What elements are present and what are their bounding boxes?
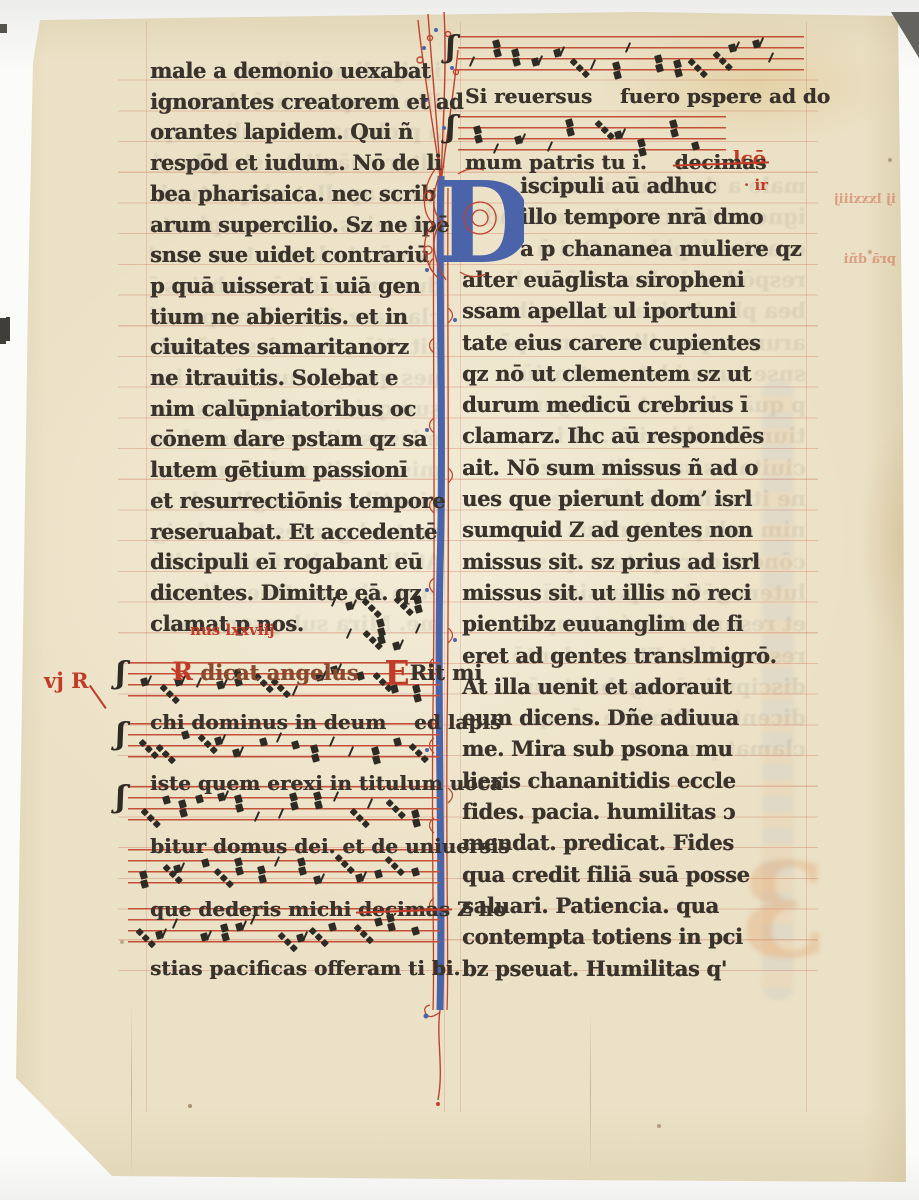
chant-lyric: mum patris tu i. decimas <box>465 150 766 174</box>
neume <box>377 635 386 645</box>
neume <box>139 739 147 747</box>
text-line: fides. pacia. humilitas ɔ <box>462 799 735 824</box>
neume <box>694 64 702 72</box>
neume <box>520 133 526 144</box>
custos-mark: ʃ <box>116 780 126 815</box>
neume <box>259 737 268 747</box>
neume <box>365 936 373 944</box>
neume <box>411 810 420 820</box>
neume <box>374 610 382 618</box>
neume <box>493 48 502 58</box>
neume <box>411 867 420 877</box>
neume <box>234 794 243 804</box>
music-staff: ʃ <box>458 36 804 78</box>
neume <box>284 938 292 946</box>
text-line: discipuli eī rogabant eū <box>150 549 422 574</box>
neume <box>168 756 176 764</box>
neume <box>415 749 423 757</box>
neume <box>413 595 422 605</box>
lyric-text: iste quem erexi in titulum uoca <box>150 771 503 795</box>
scanned-manuscript-page: 3 iscipuli aū adhucillo tempore nrā dmoa… <box>0 0 919 1200</box>
neume <box>142 934 150 942</box>
neume <box>713 51 721 59</box>
neume <box>235 803 244 813</box>
neume <box>492 39 501 49</box>
neume <box>768 53 774 64</box>
chant-incipit: Rit mi <box>410 660 483 685</box>
neume <box>315 933 323 941</box>
initial-letter: D <box>436 162 524 284</box>
neume <box>415 623 421 634</box>
neume <box>582 70 590 78</box>
neume <box>220 874 228 882</box>
neume <box>688 58 696 66</box>
neume <box>397 868 405 876</box>
showthrough-line: prā dñi <box>834 250 896 270</box>
neume <box>362 598 370 606</box>
lyric-text: Z ho <box>450 897 506 921</box>
chant-lyric: stias pacificas offeram ti bi. <box>150 956 460 980</box>
neume <box>210 746 218 754</box>
text-line: durum medicū crebrius ī <box>462 392 748 417</box>
neume <box>278 932 286 940</box>
text-line: ues que pierunt dom’ isrl <box>462 486 752 511</box>
neume <box>391 862 399 870</box>
neume <box>179 863 185 874</box>
neume <box>347 746 353 757</box>
neume <box>141 808 149 816</box>
neume <box>198 734 206 742</box>
neume <box>235 866 244 876</box>
neume <box>290 801 299 811</box>
text-line: snse sue uidet contrariū <box>150 242 429 267</box>
custos-mark: ʃ <box>446 110 456 145</box>
neume <box>570 58 578 66</box>
neume <box>330 596 336 607</box>
neume <box>670 129 679 139</box>
neume <box>473 125 482 135</box>
neume <box>221 932 230 942</box>
text-line: ignorantes creatorem et ad <box>150 89 463 114</box>
text-line: bea pharisaica. nec scrib <box>150 181 436 206</box>
neume <box>655 63 664 73</box>
chant-lyric: que dederis michi decimas Z ho <box>150 897 506 921</box>
neume <box>566 128 575 138</box>
parchment-crease <box>590 1010 591 1175</box>
neume <box>206 930 212 941</box>
neume <box>328 922 337 932</box>
neume <box>411 926 420 936</box>
text-line: tate eius carere cupientes <box>462 330 760 355</box>
neume <box>291 740 300 750</box>
illuminated-initial-d: D <box>418 162 524 284</box>
lyric-text: bitur domus dei. et de uniuersis <box>150 834 510 858</box>
neume <box>162 750 170 758</box>
scanner-edge-mark <box>0 24 7 33</box>
text-line: ssam apellat ul iportuni <box>462 298 736 323</box>
text-line: bz pseuat. Humilitas q' <box>462 956 727 981</box>
text-line: pientibz euuanglim de fi <box>462 611 743 636</box>
text-line: lieris chananitidis eccle <box>462 768 736 793</box>
neume <box>398 811 406 819</box>
text-line: qz nō ut clementem sz ut <box>462 361 751 386</box>
neume <box>700 70 708 78</box>
neume <box>145 745 153 753</box>
neume <box>369 636 377 644</box>
neume <box>201 858 210 868</box>
showthrough-line: ij lxxxiiij <box>834 190 896 210</box>
custos-mark: ʃ <box>446 30 456 65</box>
neume <box>136 928 144 936</box>
chant-lyric: Si reuersus fuero pspere ad do <box>465 84 830 108</box>
text-line: missus sit. ut illis nō reci <box>462 580 751 605</box>
neume <box>175 876 183 884</box>
neume <box>356 814 364 822</box>
rubric-interlinear: nus lxxviij <box>190 621 275 639</box>
neume <box>406 608 414 616</box>
scanner-corner-shadow <box>891 12 919 58</box>
neume <box>386 799 394 807</box>
neume <box>314 800 323 810</box>
neume <box>359 930 367 938</box>
lyric-text: Si reuersus fuero pspere ad do <box>465 84 830 108</box>
text-line: et resurrectiōnis tempore <box>150 488 445 513</box>
neume <box>719 57 727 65</box>
neume <box>341 860 349 868</box>
neume <box>595 120 603 128</box>
neume <box>725 63 733 71</box>
neume <box>350 808 358 816</box>
neume <box>400 602 408 610</box>
chant-lyric: bitur domus dei. et de uniuersis <box>150 834 510 858</box>
text-line: reseruabat. Et accedentē <box>150 519 437 544</box>
neume <box>393 738 402 748</box>
neume <box>363 630 371 638</box>
neume <box>625 42 631 53</box>
neume <box>362 820 370 828</box>
chant-lyric: chi dominus in deum ed lapis <box>150 710 501 734</box>
neume <box>674 68 683 78</box>
left-margin-annotation: vj R <box>44 668 89 693</box>
neume <box>179 808 188 818</box>
responsory-mark: R <box>172 657 193 686</box>
text-line: ciuitates samaritanorz <box>150 334 409 359</box>
neume <box>589 59 595 70</box>
neume <box>220 923 229 933</box>
neume <box>367 798 373 809</box>
neume <box>156 744 164 752</box>
text-line: contempta totiens in pci <box>462 924 743 949</box>
text-line: sumquid Z ad gentes non <box>462 517 753 542</box>
neume <box>474 134 483 144</box>
custos-mark: ʃ <box>116 717 126 752</box>
neume <box>162 795 171 805</box>
neume <box>368 604 376 612</box>
left-text-column: male a demonio uexabatignorantes creator… <box>150 58 442 628</box>
neume <box>394 596 402 604</box>
right-text-column: iscipuli aū adhucillo tempore nrā dmoa p… <box>462 173 806 993</box>
neume <box>387 922 396 932</box>
parchment-speckles <box>188 1104 192 1108</box>
neume <box>392 805 400 813</box>
neume <box>347 866 355 874</box>
text-line: eret ad gentes translmigrō. <box>462 643 777 668</box>
neume <box>148 940 156 948</box>
neume <box>195 794 204 804</box>
neume <box>302 931 308 942</box>
scanner-edge-mark <box>0 318 6 344</box>
text-line: male a demonio uexabat <box>150 58 430 83</box>
text-line: eum dicens. Dñe adiuua <box>462 705 739 730</box>
lyric-text: mum patris tu i. <box>465 150 675 174</box>
lyric-text: que dederis michi <box>150 897 358 921</box>
neume <box>163 864 171 872</box>
neume <box>311 754 320 764</box>
neume <box>297 857 306 867</box>
neume <box>414 604 423 614</box>
neume <box>601 126 609 134</box>
lyric-struck-word: decimas <box>358 897 450 921</box>
neume <box>361 871 367 882</box>
neume-cluster <box>334 620 440 654</box>
neume <box>758 37 764 48</box>
custos-mark: ʃ <box>116 656 126 691</box>
text-line: nim calūpniatoribus oc <box>150 396 416 421</box>
neume <box>258 874 267 884</box>
neume <box>153 820 161 828</box>
neume <box>353 924 361 932</box>
text-line: lutem gētium passionī <box>150 457 407 482</box>
neume <box>673 59 682 69</box>
neume <box>140 879 149 889</box>
neume <box>469 56 475 67</box>
right-margin-showthrough: ij lxxxiiij prā dñi <box>834 150 896 310</box>
text-line: cōnem dare pstam qz sa <box>150 426 427 451</box>
neume <box>512 57 521 67</box>
neume <box>309 927 317 935</box>
neume <box>329 736 335 747</box>
neume <box>576 64 584 72</box>
text-line: orantes lapidem. Qui ñ <box>150 119 413 144</box>
lyric-text: chi dominus in deum ed lapis <box>150 710 501 734</box>
text-line: missus sit. sz prius ad isrl <box>462 549 760 574</box>
rubric-text: dicat angelus <box>193 660 358 685</box>
text-line: At illa uenit et adorauit <box>462 674 731 699</box>
text-line: qua credit filiā suā posse <box>462 862 750 887</box>
neume <box>273 856 279 867</box>
neume <box>637 138 646 148</box>
text-line: arum supercilio. Sz ne ipē <box>150 212 449 237</box>
right-margin-rubric: · ir <box>744 176 768 194</box>
neume <box>147 814 155 822</box>
neume <box>214 868 222 876</box>
text-line: clamarz. Ihc aū respondēs <box>462 423 764 448</box>
red-initial-e: E <box>358 653 409 692</box>
neume <box>372 756 381 766</box>
neume <box>278 808 284 819</box>
text-line: me. Mira sub psona mu <box>462 736 732 761</box>
neume <box>374 870 383 880</box>
neume <box>421 755 429 763</box>
neume <box>398 639 404 650</box>
neume <box>254 811 260 822</box>
chant-lyric: iste quem erexi in titulum uoca <box>150 771 503 795</box>
neume <box>204 740 212 748</box>
text-line: respōd et iudum. Nō de li <box>150 150 442 175</box>
text-line: tium ne abieritis. et in <box>150 304 408 329</box>
neume <box>345 628 351 639</box>
text-line: ne itrauitis. Solebat e <box>150 365 398 390</box>
neume <box>151 751 159 759</box>
neume <box>321 939 329 947</box>
neume <box>351 599 357 610</box>
lyric-struck-word: decimas <box>675 150 767 174</box>
neume <box>412 819 421 829</box>
lyric-text: stias pacificas offeram ti bi. <box>150 956 460 980</box>
neume <box>226 880 234 888</box>
parchment-crease <box>131 1002 132 1180</box>
neume <box>298 866 307 876</box>
text-line: p quā uisserat ī uiā gen <box>150 273 420 298</box>
text-line: ait. Nō sum missus ñ ad o <box>462 455 758 480</box>
neume <box>409 743 417 751</box>
